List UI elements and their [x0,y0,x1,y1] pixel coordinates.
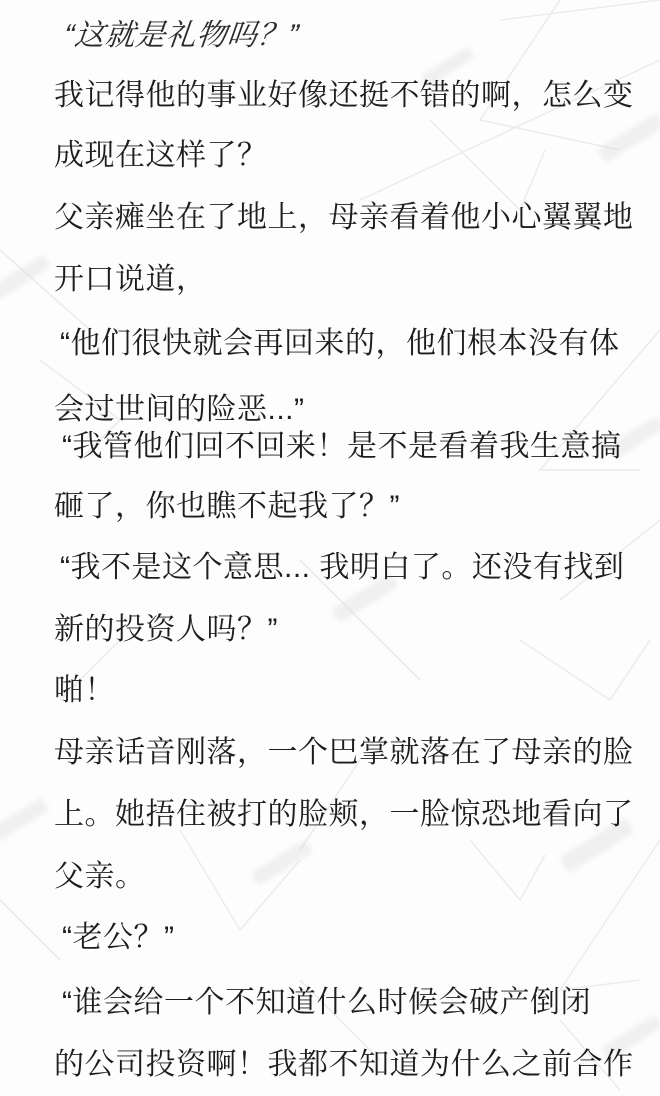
text-line: “他们很快就会再回来的，他们根本没有体 [60,324,620,364]
text-line: 开口说道， [54,260,207,300]
text-line: 的公司投资啊！我都不知道为什么之前合作 [54,1045,634,1085]
novel-text-page: “这就是礼物吗？” 我记得他的事业好像还挺不错的啊，怎么变 成现在这样了？ 父亲… [0,0,660,1096]
text-line: “我不是这个意思... 我明白了。还没有找到 [60,548,624,588]
text-line: “谁会给一个不知道什么时候会破产倒闭 [62,983,591,1023]
text-line: 父亲。 [54,857,146,897]
text-line: “老公？” [62,918,174,958]
text-line: “这就是礼物吗？” [62,16,301,56]
text-line: 会过世间的险恶...” [54,390,305,430]
watermark-stamp [0,797,49,842]
watermark-stamp [0,254,51,301]
watermark-stamp [251,839,313,886]
watermark-stamp [597,113,660,164]
text-line: “我管他们回不回来！是不是看着我生意搞 [62,427,622,467]
text-line: 新的投资人吗？” [54,610,278,650]
text-line: 成现在这样了？ [54,136,268,176]
text-line: 母亲话音刚落，一个巴掌就落在了母亲的脸 [54,733,634,773]
text-line: 父亲瘫坐在了地上，母亲看着他小心翼翼地 [54,198,634,238]
text-line: 我记得他的事业好像还挺不错的啊，怎么变 [54,76,634,116]
text-line: 上。她捂住被打的脸颊，一脸惊恐地看向了 [54,795,634,835]
text-line: 砸了，你也瞧不起我了？” [54,487,400,527]
text-line: 啪！ [54,671,115,711]
